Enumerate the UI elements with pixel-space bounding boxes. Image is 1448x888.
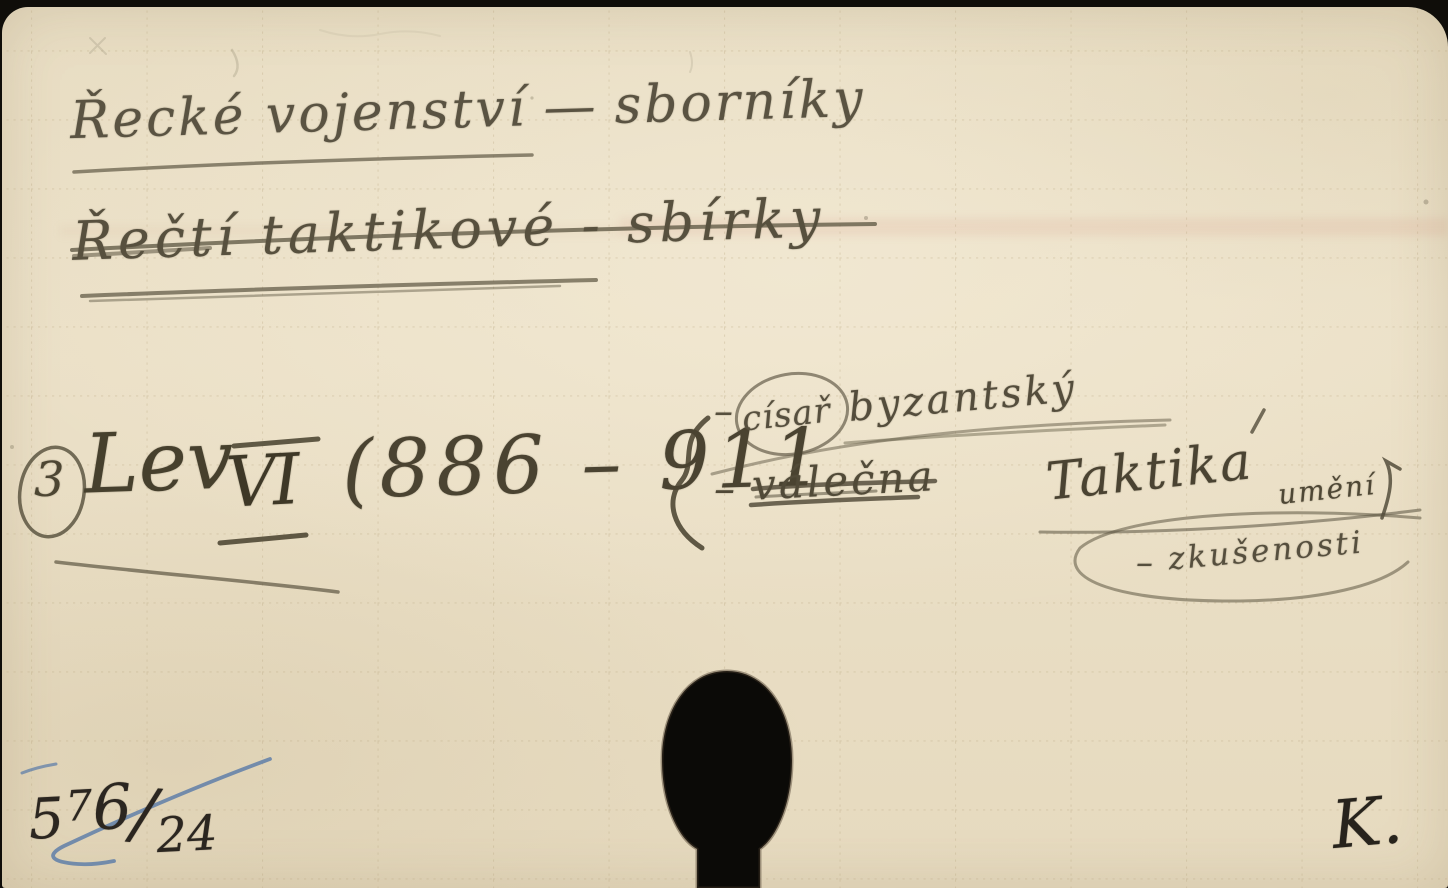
note-tactics-dash: – bbox=[714, 468, 735, 510]
shelf-digit: 7 bbox=[65, 785, 94, 828]
note-emperor-circled-word: císař bbox=[740, 393, 832, 436]
heading-type: sborníky bbox=[614, 69, 867, 136]
note-experience-dash: – bbox=[1136, 546, 1153, 580]
shelf-digit: 24 bbox=[155, 809, 219, 860]
scanned-catalog-card: Řecké vojenství—sborníky Řečtí taktikové… bbox=[0, 0, 1448, 888]
cataloger-initial: K. bbox=[1329, 787, 1405, 859]
ruler-name: Lev bbox=[83, 419, 235, 506]
note-emperor-dash: – bbox=[714, 392, 733, 430]
shelf-digit: 6 bbox=[91, 775, 134, 839]
ruler-numeral: VI bbox=[224, 444, 298, 518]
shelf-number: 576/24 bbox=[26, 767, 215, 845]
note-tactics-struck-word: válečna bbox=[751, 455, 937, 507]
entry-index-number: 3 bbox=[34, 456, 65, 504]
shelf-digit: 5 bbox=[27, 791, 66, 849]
heading-subject: Řecké vojenství bbox=[69, 78, 528, 151]
heading-dash: — bbox=[543, 76, 600, 138]
